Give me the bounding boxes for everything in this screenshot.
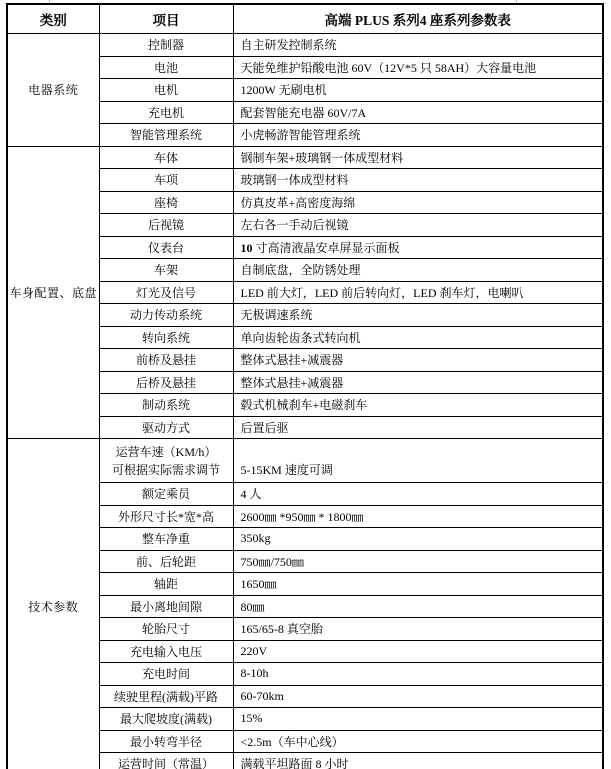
item-cell: 整车净重 [99,528,233,551]
item-cell: 前桥及悬挂 [99,349,233,372]
item-cell: 车体 [99,146,233,169]
value-cell: 单向齿轮齿条式转向机 [233,326,603,349]
value-cell: 60-70km [233,685,603,708]
value-cell: 5-15KM 速度可调 [233,439,603,483]
item-cell: 车项 [99,169,233,192]
item-cell: 控制器 [99,34,233,57]
item-cell: 续驶里程(满载)平路 [99,685,233,708]
table-body: 电器系统控制器自主研发控制系统电池天能免维护铅酸电池 60V（12V*5 只 5… [7,34,603,769]
item-cell: 座椅 [99,191,233,214]
value-cell: 10 寸高清液晶安卓屏显示面板 [233,236,603,259]
item-cell: 最小转弯半径 [99,730,233,753]
value-cell: 1200W 无刷电机 [233,79,603,102]
item-cell: 后视镜 [99,214,233,237]
header-title: 高端 PLUS 系列4 座系列参数表 [233,4,603,34]
header-item: 项目 [99,4,233,34]
value-cell: 4 人 [233,483,603,506]
value-cell: 满载平坦路面 8 小时 [233,753,603,769]
table-row: 技术参数运营车速（KM/h）可根据实际需求调节5-15KM 速度可调 [7,439,603,483]
table-row: 电器系统控制器自主研发控制系统 [7,34,603,57]
value-cell: 整体式悬挂+减震器 [233,371,603,394]
item-cell: 额定乘员 [99,483,233,506]
value-cell: 配套智能充电器 60V/7A [233,101,603,124]
item-cell: 最大爬坡度(满载) [99,708,233,731]
value-cell: 8-10h [233,663,603,686]
value-cell: 整体式悬挂+减震器 [233,349,603,372]
value-cell: 750㎜/750㎜ [233,550,603,573]
item-cell: 运营时间（常温） [99,753,233,769]
item-cell: 运营车速（KM/h）可根据实际需求调节 [99,439,233,483]
value-cell: 自制底盘，全防锈处理 [233,259,603,282]
item-cell: 电机 [99,79,233,102]
item-cell: 后桥及悬挂 [99,371,233,394]
value-cell: 自主研发控制系统 [233,34,603,57]
item-cell: 充电时间 [99,663,233,686]
value-cell: 玻璃钢一体成型材料 [233,169,603,192]
category-cell: 车身配置、底盘 [7,146,99,439]
value-cell: 钢制车架+玻璃钢一体成型材料 [233,146,603,169]
header-row: 类别 项目 高端 PLUS 系列4 座系列参数表 [7,4,603,34]
category-cell: 技术参数 [7,439,99,769]
value-cell: 仿真皮革+高密度海绵 [233,191,603,214]
value-cell: 1650㎜ [233,573,603,596]
item-cell: 制动系统 [99,394,233,417]
vehicle-spec-table: 类别 项目 高端 PLUS 系列4 座系列参数表 电器系统控制器自主研发控制系统… [6,3,604,769]
item-cell: 充电输入电压 [99,640,233,663]
value-cell: 350kg [233,528,603,551]
item-cell: 灯光及信号 [99,281,233,304]
item-cell: 转向系统 [99,326,233,349]
value-cell: 后置后驱 [233,416,603,439]
item-cell: 驱动方式 [99,416,233,439]
item-cell: 充电机 [99,101,233,124]
item-line: 运营车速（KM/h） [100,443,233,461]
value-cell: 天能免维护铅酸电池 60V（12V*5 只 58AH）大容量电池 [233,56,603,79]
item-cell: 动力传动系统 [99,304,233,327]
item-cell: 外形尺寸长*宽*高 [99,505,233,528]
item-cell: 轮胎尺寸 [99,618,233,641]
spec-sheet-page: 类别 项目 高端 PLUS 系列4 座系列参数表 电器系统控制器自主研发控制系统… [0,0,611,769]
value-cell: 80㎜ [233,595,603,618]
value-cell: 2600㎜ *950㎜ * 1800㎜ [233,505,603,528]
value-cell: LED 前大灯，LED 前后转向灯，LED 刹车灯，电喇叭 [233,281,603,304]
value-cell: 15% [233,708,603,731]
item-cell: 前、后轮距 [99,550,233,573]
value-cell: 无极调速系统 [233,304,603,327]
item-line: 可根据实际需求调节 [100,461,233,479]
value-cell: 220V [233,640,603,663]
header-category: 类别 [7,4,99,34]
value-cell: 左右各一手动后视镜 [233,214,603,237]
value-cell: 165/65-8 真空胎 [233,618,603,641]
item-cell: 仪表台 [99,236,233,259]
value-cell: 小虎畅游智能管理系统 [233,124,603,147]
item-cell: 轴距 [99,573,233,596]
table-header: 类别 项目 高端 PLUS 系列4 座系列参数表 [7,4,603,34]
item-cell: 最小离地间隙 [99,595,233,618]
category-cell: 电器系统 [7,34,99,147]
item-cell: 车架 [99,259,233,282]
value-cell: <2.5m（车中心线） [233,730,603,753]
item-cell: 智能管理系统 [99,124,233,147]
table-row: 车身配置、底盘车体钢制车架+玻璃钢一体成型材料 [7,146,603,169]
item-cell: 电池 [99,56,233,79]
value-cell: 毂式机械刹车+电磁刹车 [233,394,603,417]
